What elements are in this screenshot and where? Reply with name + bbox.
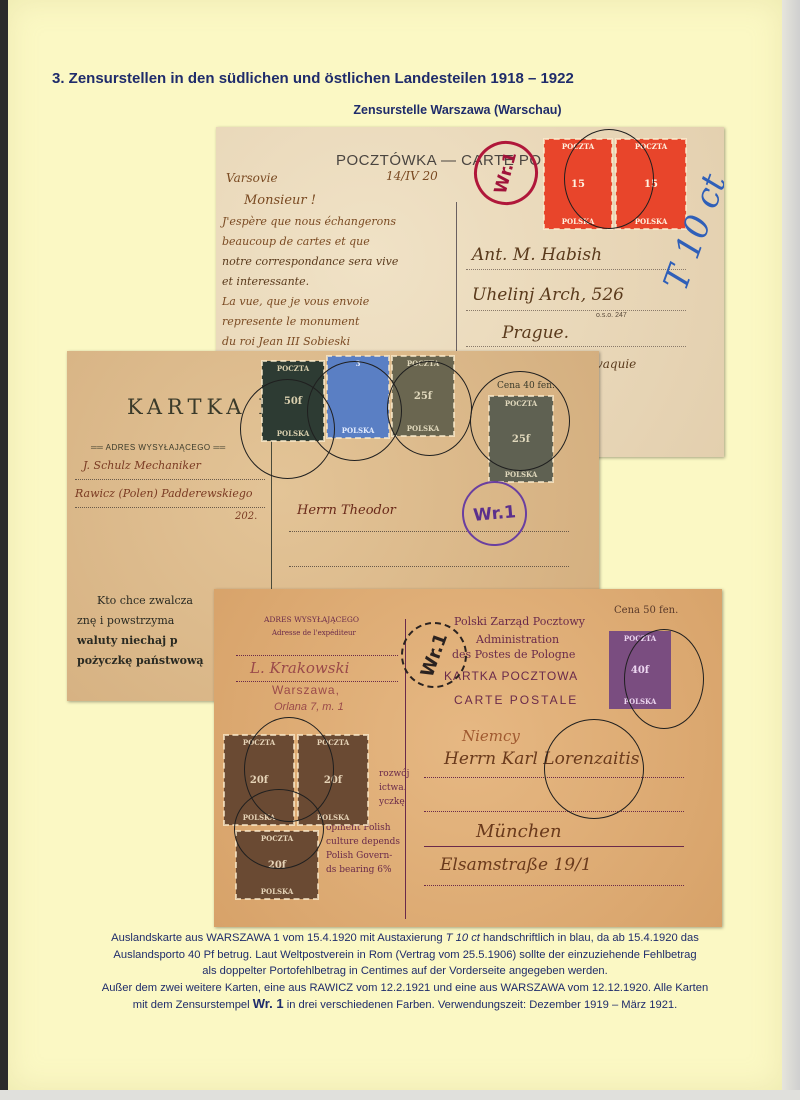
address-rule: [289, 566, 569, 567]
sender-label-fr: Adresse de l'expéditeur: [272, 629, 356, 637]
address-line: München: [476, 821, 562, 842]
address-line: Herrn Theodor: [297, 503, 396, 518]
address-rule: [466, 346, 686, 347]
propaganda-line: znę i powstrzyma: [77, 614, 174, 627]
sender-rule: [75, 507, 265, 508]
address-rule: [466, 269, 686, 270]
propaganda-line: rozwój: [379, 769, 409, 779]
card-imprint: Cena 50 fen.: [614, 605, 678, 616]
caption-line: Auslandskarte aus WARSZAWA 1 vom 15.4.19…: [60, 930, 750, 947]
address-note: o.s.o. 247: [596, 312, 627, 319]
postmark: [624, 629, 704, 729]
sender-line: Rawicz (Polen) Padderewskiego: [75, 487, 253, 500]
page-title: 3. Zensurstellen in den südlichen und ös…: [52, 70, 574, 87]
postmark: [544, 719, 644, 819]
caption-line: mit dem Zensurstempel Wr. 1 in drei vers…: [60, 996, 750, 1014]
address-line: Elsamstraße 19/1: [440, 855, 592, 875]
message-line: beaucoup de cartes et que: [222, 235, 370, 248]
sender-label: ══ ADRES WYSYŁAJĄCEGO ══: [91, 443, 226, 452]
address-line: Uhelinj Arch, 526: [472, 285, 624, 305]
censor-stamp-wr1-red: Wr.1: [467, 134, 545, 212]
message-line: notre correspondance sera vive: [222, 255, 398, 268]
message-line: represente le monument: [222, 315, 359, 328]
admin-line: Polski Zarząd Pocztowy: [454, 615, 585, 628]
message-line: Varsovie: [226, 171, 278, 185]
postmark: [564, 129, 654, 229]
propaganda-line: Polish Govern-: [326, 851, 392, 861]
caption-line: Auslandsporto 40 Pf betrug. Laut Weltpos…: [60, 947, 750, 964]
caption-line: als doppelter Portofehlbetrag in Centime…: [60, 963, 750, 980]
card-title-fr: CARTE POSTALE: [454, 693, 578, 707]
sender-rule: [236, 681, 398, 682]
address-line: Niemcy: [462, 727, 520, 745]
address-rule: [466, 310, 686, 311]
postmark: [234, 789, 324, 869]
sender-label: ADRES WYSYŁAJĄCEGO: [264, 615, 359, 624]
censor-stamp-wr1-violet: Wr.1: [459, 478, 529, 548]
address-rule: [424, 885, 684, 886]
postcard-muenchen: Cena 50 fen. ADRES WYSYŁAJĄCEGO Adresse …: [214, 589, 722, 927]
message-line: Monsieur !: [244, 193, 316, 208]
propaganda-line: waluty niechaj p: [77, 634, 178, 647]
message-line: du roi Jean III Sobieski: [222, 335, 350, 348]
propaganda-line: Kto chce zwalcza: [97, 594, 193, 607]
sender-stamp-line: L. Krakowski: [250, 659, 349, 677]
propaganda-line: ictwa.: [379, 783, 406, 793]
propaganda-line: yczkę: [379, 797, 405, 807]
admin-line: Administration: [476, 633, 559, 646]
postmark: [470, 371, 570, 471]
sender-rule: [75, 479, 265, 480]
address-rule: [289, 531, 569, 532]
sender-stamp-line: Orlana 7, m. 1: [274, 701, 344, 713]
sender-line: 202.: [235, 511, 257, 522]
page-subtitle: Zensurstelle Warszawa (Warschau): [0, 103, 800, 117]
address-line: Ant. M. Habish: [472, 245, 602, 265]
message-line: La vue, que je vous envoie: [222, 295, 369, 308]
address-rule: [424, 846, 684, 847]
admin-line: des Postes de Pologne: [452, 648, 575, 661]
address-rule: [424, 811, 684, 812]
postmark: [387, 361, 472, 456]
page-edge: [782, 0, 800, 1100]
destination-partial: vaquie: [596, 357, 636, 371]
propaganda-line: pożyczkę państwową: [77, 654, 204, 667]
card-title-pl: KARTKA POCZTOWA: [444, 669, 578, 683]
propaganda-line: ds bearing 6%: [326, 865, 392, 875]
propaganda-line: culture depends: [326, 837, 400, 847]
message-date: 14/IV 20: [386, 169, 438, 183]
page-edge-bottom: [0, 1090, 800, 1100]
message-line: et interessante.: [222, 275, 309, 288]
sender-rule: [236, 655, 398, 656]
caption-line: Außer dem zwei weitere Karten, eine aus …: [60, 980, 750, 997]
address-line: Prague.: [502, 323, 569, 343]
sender-line: J. Schulz Mechaniker: [83, 459, 201, 472]
sender-stamp-line: Warszawa,: [272, 683, 340, 697]
message-line: J'espère que nous échangerons: [222, 215, 396, 228]
description-caption: Auslandskarte aus WARSZAWA 1 vom 15.4.19…: [60, 930, 750, 1014]
